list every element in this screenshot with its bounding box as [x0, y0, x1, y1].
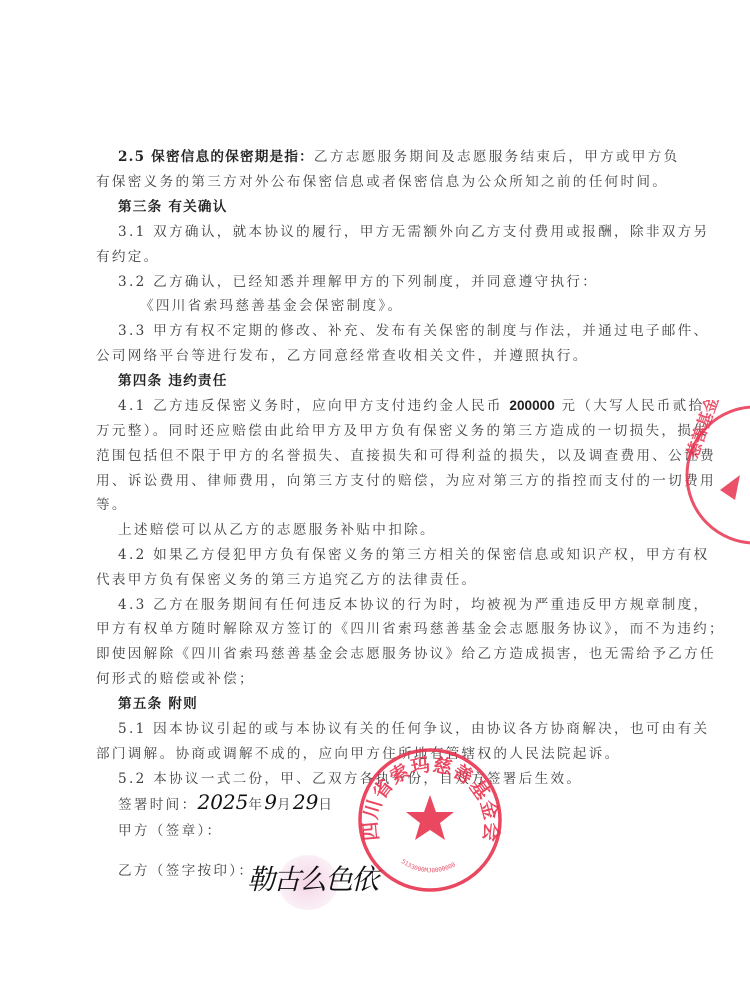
paragraph-line: 4.3 乙方在服务期间有任何违反本协议的行为时，均被视为严重违反甲方规章制度， — [118, 596, 709, 614]
section-heading: 第五条 附则 — [118, 695, 198, 713]
month-unit: 月 — [277, 797, 293, 813]
seal-serial: 5133000MJ0000000 — [400, 858, 457, 874]
signing-month: 9 — [264, 790, 277, 814]
side-seal-icon: 慈善基金 — [680, 400, 750, 550]
section-heading: 第三条 有关确认 — [118, 198, 228, 216]
paragraph-line: 3.3 甲方有权不定期的修改、补充、发布有关保密的制度与作法，并通过电子邮件、 — [118, 322, 709, 340]
paragraph-line: 有保密义务的第三方对外公布保密信息或者保密信息为公众所知之前的任何时间。 — [96, 173, 668, 191]
section-heading: 第四条 违约责任 — [118, 372, 228, 390]
paragraph-line: 何形式的赔偿或补偿； — [96, 670, 255, 688]
paragraph-line: 5.2 本协议一式二份，甲、乙双方各执一份，自双方签署后生效。 — [118, 770, 582, 788]
day-unit: 日 — [318, 797, 334, 813]
party-b-label: 乙方（签字按印）： — [118, 862, 254, 880]
svg-text:5133000MJ0000000: 5133000MJ0000000 — [400, 858, 457, 874]
signing-year: 2025 — [197, 790, 248, 814]
signing-date-label: 签署时间： — [118, 797, 197, 813]
paragraph-line: 范围包括但不限于甲方的名誉损失、直接损失和可得利益的损失，以及调查费用、公证费 — [96, 447, 716, 465]
paragraph-line: 2.5 保密信息的保密期是指：乙方志愿服务期间及志愿服务结束后，甲方或甲方负 — [118, 148, 679, 166]
party-a-label: 甲方（签章）： — [118, 822, 222, 840]
penalty-amount: 200000 — [509, 398, 554, 413]
paragraph-line: 用、诉讼费用、律师费用，向第三方支付的赔偿，为应对第三方的指控而支付的一切费用 — [96, 472, 716, 490]
signing-day: 29 — [293, 790, 318, 814]
paragraph-line: 即使因解除《四川省索玛慈善基金会志愿服务协议》给乙方造成损害，也无需给予乙方任 — [96, 645, 716, 663]
paragraph-line: 万元整）。同时还应赔偿由此给甲方及甲方负有保密义务的第三方造成的一切损失，损失 — [96, 422, 709, 440]
paragraph-line: 公司网络平台等进行发布，乙方同意经常查收相关文件，并遵照执行。 — [96, 347, 589, 365]
signing-date: 签署时间：2025年9月29日 — [118, 793, 334, 814]
paragraph-line: 3.1 双方确认，就本协议的履行，甲方无需额外向乙方支付费用或报酬，除非双方另 — [118, 223, 709, 241]
paragraph-line: 5.1 因本协议引起的或与本协议有关的任何争议，由协议各方协商解决，也可由有关 — [118, 720, 709, 738]
paragraph-line: 4.2 如果乙方侵犯甲方负有保密义务的第三方相关的保密信息或知识产权，甲方有权 — [118, 546, 709, 564]
paragraph-line: 代表甲方负有保密义务的第三方追究乙方的法律责任。 — [96, 571, 477, 589]
paragraph-line: 3.2 乙方确认，已经知悉并理解甲方的下列制度，并同意遵守执行： — [118, 273, 598, 291]
official-seal-icon: 四川省索玛慈善基金会 5133000MJ0000000 — [355, 745, 505, 895]
side-seal-text: 慈善基金 — [682, 400, 722, 461]
paragraph-line: 等。 — [96, 496, 128, 514]
paragraph-line: 甲方有权单方随时解除双方签订的《四川省索玛慈善基金会志愿服务协议》，而不为违约； — [96, 620, 725, 638]
paragraph-line: 上述赔偿可以从乙方的志愿服务补贴中扣除。 — [118, 521, 436, 539]
paragraph-line: 4.1 乙方违反保密义务时，应向甲方支付违约金人民币 200000 元（大写人民… — [118, 397, 704, 415]
paragraph-line: 有约定。 — [96, 248, 160, 266]
paragraph-line: 《四川省索玛慈善基金会保密制度》。 — [140, 297, 403, 315]
year-unit: 年 — [248, 797, 264, 813]
